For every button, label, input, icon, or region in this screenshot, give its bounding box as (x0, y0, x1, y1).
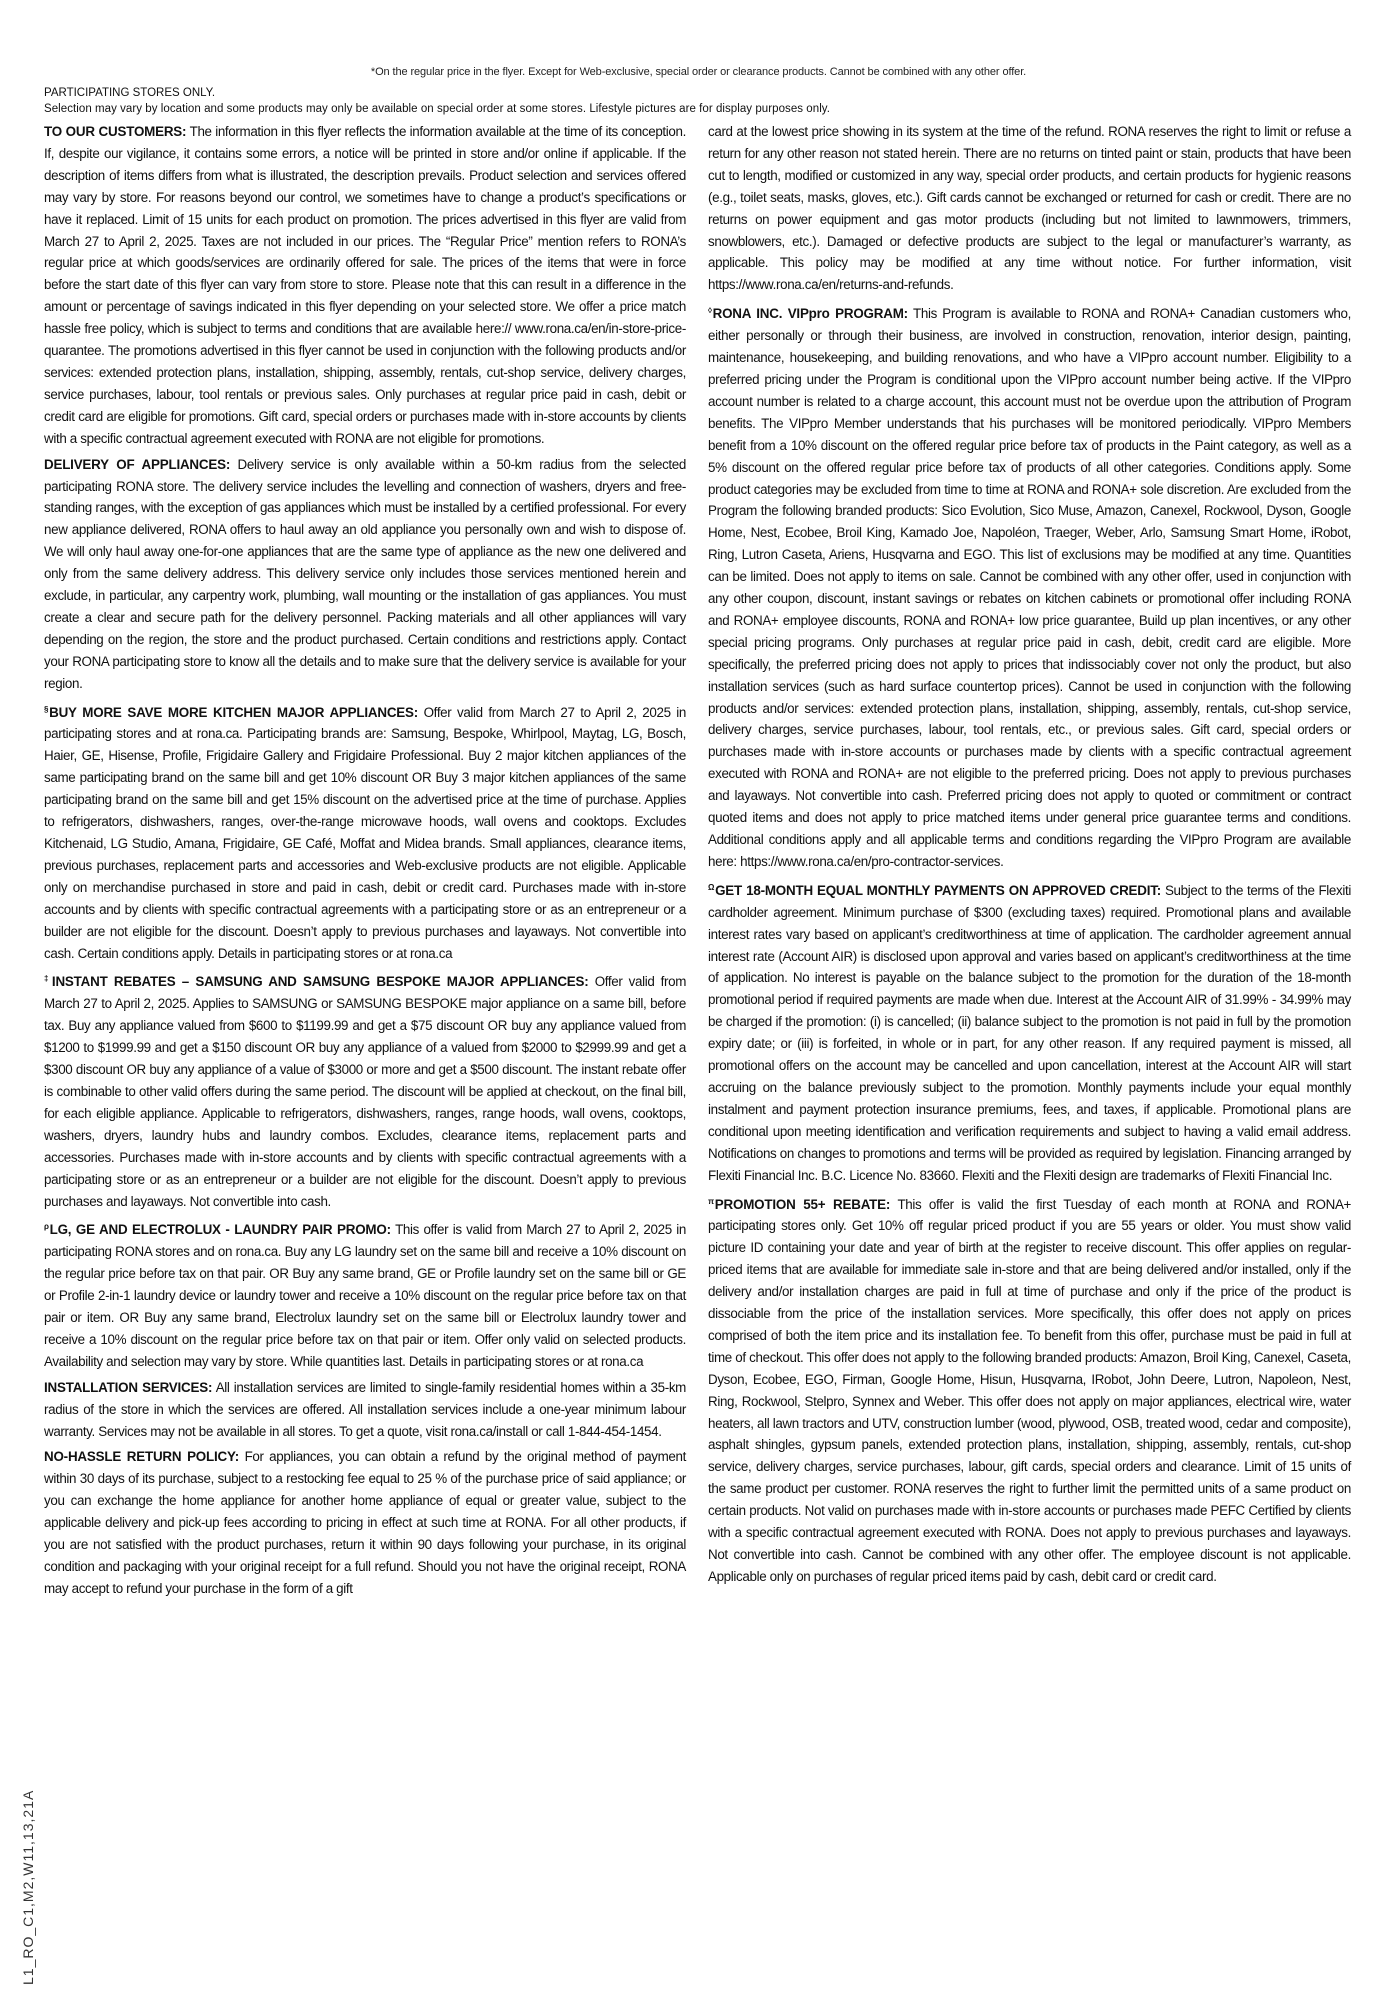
section-title: PROMOTION 55+ REBATE: (715, 1197, 890, 1212)
section-title: BUY MORE SAVE MORE KITCHEN MAJOR APPLIAN… (49, 705, 418, 720)
section-body: card at the lowest price showing in its … (708, 124, 1351, 292)
footnote-symbol: π (708, 1197, 714, 1206)
footnote-symbol: ρ (44, 1222, 49, 1231)
footnote-symbol: ◊ (708, 306, 712, 315)
section-18-month-payments: ΩGET 18-MONTH EQUAL MONTHLY PAYMENTS ON … (708, 877, 1351, 1187)
section-body: Delivery service is only available withi… (44, 457, 686, 691)
section-instant-rebates-samsung: ‡INSTANT REBATES – SAMSUNG AND SAMSUNG B… (44, 968, 686, 1212)
section-return-policy-continued: card at the lowest price showing in its … (708, 121, 1351, 296)
section-title: TO OUR CUSTOMERS: (44, 124, 186, 139)
section-body: This offer is valid the first Tuesday of… (708, 1197, 1351, 1584)
section-title: RONA INC. VIPpro PROGRAM: (713, 306, 908, 321)
participating-stores-notice: PARTICIPATING STORES ONLY. (44, 87, 215, 99)
section-laundry-pair-promo: ρLG, GE AND ELECTROLUX - LAUNDRY PAIR PR… (44, 1216, 686, 1372)
section-body: For appliances, you can obtain a refund … (44, 1449, 686, 1595)
section-title: LG, GE AND ELECTROLUX - LAUNDRY PAIR PRO… (50, 1222, 391, 1237)
section-buy-more-save-more: §BUY MORE SAVE MORE KITCHEN MAJOR APPLIA… (44, 699, 686, 965)
section-body: Subject to the terms of the Flexiti card… (708, 883, 1351, 1183)
section-to-our-customers: TO OUR CUSTOMERS: The information in thi… (44, 121, 686, 450)
section-title: DELIVERY OF APPLIANCES: (44, 457, 230, 472)
selection-disclaimer: Selection may vary by location and some … (44, 103, 830, 115)
right-column: card at the lowest price showing in its … (708, 121, 1351, 1592)
section-title: GET 18-MONTH EQUAL MONTHLY PAYMENTS ON A… (715, 883, 1161, 898)
section-promotion-55-rebate: πPROMOTION 55+ REBATE: This offer is val… (708, 1191, 1351, 1588)
section-vippro-program: ◊RONA INC. VIPpro PROGRAM: This Program … (708, 300, 1351, 873)
section-title: NO-HASSLE RETURN POLICY: (44, 1449, 239, 1464)
section-title: INSTANT REBATES – SAMSUNG AND SAMSUNG BE… (52, 974, 589, 989)
section-body: Offer valid from March 27 to April 2, 20… (44, 705, 686, 961)
section-body: This offer is valid from March 27 to Apr… (44, 1222, 686, 1368)
section-installation-services: INSTALLATION SERVICES: All installation … (44, 1377, 686, 1443)
regular-price-footnote: *On the regular price in the flyer. Exce… (0, 66, 1397, 78)
footnote-symbol: § (44, 705, 48, 714)
section-body: This Program is available to RONA and RO… (708, 306, 1351, 869)
section-body: The information in this flyer reflects t… (44, 124, 686, 446)
section-delivery-of-appliances: DELIVERY OF APPLIANCES: Delivery service… (44, 454, 686, 695)
section-title: INSTALLATION SERVICES: (44, 1380, 212, 1395)
section-no-hassle-return-policy: NO-HASSLE RETURN POLICY: For appliances,… (44, 1446, 686, 1599)
left-column: TO OUR CUSTOMERS: The information in thi… (44, 121, 686, 1604)
footnote-symbol: ‡ (44, 974, 51, 983)
footnote-symbol: Ω (708, 883, 714, 892)
flyer-version-code: L1_RO_C1,M2,W11,13,21A (20, 1790, 36, 1985)
section-body: Offer valid from March 27 to April 2, 20… (44, 974, 686, 1208)
